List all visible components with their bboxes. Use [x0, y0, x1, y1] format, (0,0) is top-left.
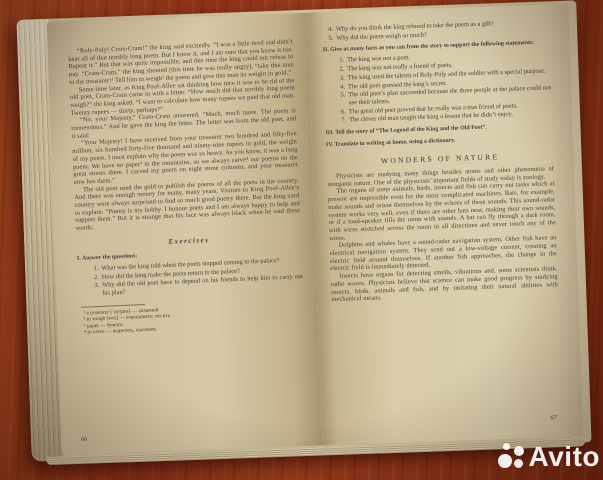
avito-logo-icon — [498, 443, 526, 471]
nature-paragraph: Insects have organs for detecting smells… — [330, 265, 558, 304]
right-page: 4. Why do you think the king refused to … — [307, 4, 583, 446]
task4-label: IV. Translate in writing at home, using … — [326, 134, 553, 149]
footnotes-block: ¹ a treasurer [ˈtreʒərə] — казначей² to … — [79, 297, 305, 337]
question-number: 4. — [322, 26, 333, 34]
question-number: 3. — [88, 282, 100, 298]
statement-number: 7. — [335, 117, 346, 125]
statement-number: 2. — [333, 66, 344, 74]
statement-number: 6. — [335, 108, 346, 116]
right-page-content: 4. Why do you think the king refused to … — [307, 4, 583, 446]
question-number: 5. — [322, 35, 333, 43]
story-paragraph: The old poet used the gold to publish th… — [74, 177, 301, 233]
avito-watermark-text: Avito — [529, 443, 600, 471]
left-page-number: 66 — [81, 436, 87, 443]
question-list-continued: 4. Why do you think the king refused to … — [322, 18, 549, 42]
footnote-rule — [81, 304, 145, 308]
footnote-list: ¹ a treasurer [ˈtreʒərə] — казначей² to … — [79, 301, 305, 337]
avito-watermark: Avito — [498, 443, 600, 471]
story-paragraphs: “Roly-Poly! Cram-Cram!” the king said ex… — [68, 38, 301, 233]
question-number: 2. — [88, 274, 99, 282]
statement-number: 5. — [334, 92, 346, 108]
question-number: 1. — [87, 265, 98, 273]
nature-paragraph: The organs of some animals, birds, insec… — [328, 181, 557, 243]
book: “Roly-Poly! Cram-Cram!” the king said ex… — [16, 0, 591, 461]
left-page-content: “Roly-Poly! Cram-Cram!” the king said ex… — [45, 12, 325, 456]
section-title: WONDERS OF NATURE — [326, 150, 553, 167]
statement-number: 4. — [334, 83, 345, 91]
book-spread: “Roly-Poly! Cram-Cram!” the king said ex… — [47, 4, 584, 455]
nature-paragraphs: Physicists are studying many things besi… — [327, 165, 558, 304]
question-list: 1. What was the king told when the poets… — [87, 256, 303, 298]
right-page-number: 67 — [550, 414, 556, 421]
statement-list: 1. The king was not a poet. 2. The king … — [333, 50, 552, 125]
statement-number: 1. — [333, 57, 344, 65]
statement-number: 3. — [334, 74, 345, 82]
left-page: “Roly-Poly! Cram-Cram!” the king said ex… — [47, 13, 323, 455]
